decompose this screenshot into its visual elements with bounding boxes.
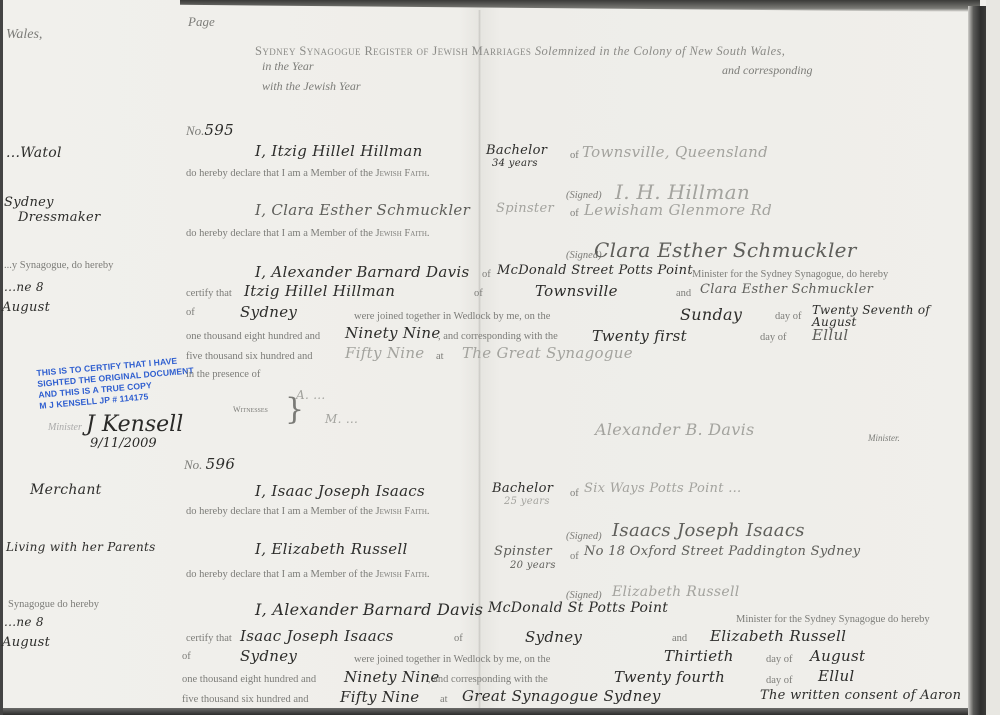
weekday: Thirtieth: [664, 647, 734, 665]
groom-condition: Bachelor: [486, 143, 547, 158]
party2: Elizabeth Russell: [710, 627, 846, 645]
party1-residence: Townsville: [535, 282, 618, 300]
groom-residence: Six Ways Potts Point ...: [584, 481, 742, 496]
groom-age: 34 years: [492, 158, 538, 169]
witness-1: A. ...: [296, 388, 326, 402]
place: The Great Synagogue: [462, 344, 633, 362]
five-thousand-label: five thousand six hundred and: [182, 694, 309, 705]
minister-name-text: Alexander Barnard Davis: [272, 600, 483, 619]
minister-address: McDonald Street Potts Point: [497, 263, 693, 278]
margin-hw-1: ...Watol: [6, 145, 62, 161]
party1: Itzig Hillel Hillman: [244, 282, 395, 300]
bride-name-text: Elizabeth Russell: [271, 540, 407, 558]
witnesses-label: Witnesses: [233, 405, 268, 414]
corresponding-label: , and corresponding with the: [438, 331, 558, 342]
groom-residence: Townsville, Queensland: [582, 143, 768, 161]
faith-text: Jewish Faith.: [376, 506, 430, 517]
jewish-day: Twenty first: [592, 327, 687, 345]
groom-signature: Isaacs Joseph Isaacs: [612, 520, 805, 541]
groom-age: 25 years: [504, 496, 550, 507]
joined-text: were joined together in Wedlock by me, o…: [354, 311, 550, 322]
margin-hw-3: Dressmaker: [18, 210, 101, 225]
consent-note: The written consent of Aaron: [760, 688, 961, 703]
record-number: No. 596: [184, 455, 235, 473]
groom-signed-label: (Signed): [566, 190, 602, 201]
margin-hw-6: Merchant: [30, 482, 102, 498]
prefix: I,: [255, 482, 266, 500]
faith-text: Jewish Faith.: [376, 569, 430, 580]
page-left-edge: [0, 0, 3, 715]
bride-signature: Elizabeth Russell: [612, 584, 740, 600]
weekday: Sunday: [680, 305, 742, 324]
prefix: I,: [255, 142, 266, 160]
groom-name-text: Isaac Joseph Isaacs: [271, 482, 425, 500]
party1-of: of: [474, 288, 483, 299]
of-label: of: [186, 307, 195, 318]
stamp-date: 9/11/2009: [90, 436, 157, 451]
and-corresponding: and corresponding: [722, 63, 813, 78]
bride-age: 20 years: [510, 560, 556, 571]
jewish-year: Fifty Nine: [340, 688, 420, 706]
bride-name: I, Elizabeth Russell: [255, 540, 408, 558]
party2: Clara Esther Schmuckler: [700, 282, 873, 297]
register-title-main: Sydney Synagogue Register of Jewish Marr…: [255, 44, 531, 58]
margin-hw-4: ...ne 8: [4, 280, 44, 294]
day-of-label: day of: [766, 654, 793, 665]
groom-name-text: Itzig Hillel Hillman: [271, 142, 422, 160]
register-title-italic: Solemnized in the Colony of New South Wa…: [535, 44, 785, 58]
margin-hw-5: August: [2, 300, 50, 315]
groom-signed-label: (Signed): [566, 531, 602, 542]
civil-date: Twenty Seventh of August: [812, 304, 962, 328]
bride-of: of: [570, 208, 579, 219]
bride-name-text: Clara Esther Schmuckler: [271, 201, 470, 219]
party2-residence: Sydney: [240, 647, 297, 665]
number-value: 595: [204, 121, 234, 139]
groom-of: of: [570, 150, 579, 161]
page-right-edge: [968, 6, 986, 715]
corresponding-label: , and corresponding with the: [428, 674, 548, 685]
scan-margin: [986, 0, 1000, 715]
bride-declaration: do hereby declare that I am a Member of …: [186, 228, 430, 239]
one-thousand-label: one thousand eight hundred and: [186, 331, 320, 342]
groom-declaration: do hereby declare that I am a Member of …: [186, 506, 430, 517]
declaration-text: do hereby declare that I am a Member of …: [186, 506, 373, 517]
groom-name: I, Isaac Joseph Isaacs: [255, 482, 425, 500]
day-of-label-2: day of: [766, 675, 793, 686]
number-label: No.: [184, 457, 202, 472]
bride-signature: Clara Esther Schmuckler: [594, 238, 857, 262]
margin-hw-8: ...ne 8: [4, 615, 44, 629]
margin-hw-7: Living with her Parents: [6, 540, 156, 554]
declaration-text: do hereby declare that I am a Member of …: [186, 569, 373, 580]
page-bottom-edge: [0, 708, 968, 715]
joined-text: were joined together in Wedlock by me, o…: [354, 654, 550, 665]
margin-wales: Wales,: [6, 27, 42, 43]
party2-residence: Sydney: [240, 303, 297, 321]
at-label: at: [436, 351, 444, 362]
minister-for: Minister for the Sydney Synagogue do her…: [736, 614, 930, 625]
stamp-signature: J Kensell: [86, 412, 183, 437]
jewish-year: Fifty Nine: [345, 344, 425, 362]
day-of-label-2: day of: [760, 332, 787, 343]
jewish-month: Ellul: [818, 667, 855, 685]
civil-year: Ninety Nine: [345, 324, 441, 342]
groom-of: of: [570, 488, 579, 499]
prefix: I,: [255, 540, 266, 558]
declaration-text: do hereby declare that I am a Member of …: [186, 168, 373, 179]
number-value: 596: [206, 455, 236, 473]
prefix: I,: [255, 600, 267, 619]
party1: Isaac Joseph Isaacs: [240, 627, 394, 645]
party1-residence: Sydney: [525, 628, 582, 646]
minister-label: Minister.: [868, 433, 900, 443]
bride-condition: Spinster: [496, 201, 554, 216]
minister-signature: Alexander B. Davis: [595, 420, 755, 439]
and-label: and: [672, 633, 687, 644]
minister-of: of: [482, 269, 491, 280]
prefix: I,: [255, 263, 266, 281]
with-jewish-year: with the Jewish Year: [262, 79, 361, 94]
bride-residence: No 18 Oxford Street Paddington Sydney: [584, 544, 860, 559]
margin-hw-9: August: [2, 635, 50, 650]
groom-condition: Bachelor: [492, 481, 553, 496]
civil-year: Ninety Nine: [344, 668, 440, 686]
civil-date: August: [810, 647, 865, 665]
record-number: No.595: [186, 121, 234, 139]
certify-that: certify that: [186, 288, 232, 299]
in-the-year: in the Year: [262, 59, 314, 74]
witness-2: M. ...: [325, 412, 358, 426]
of-label: of: [182, 651, 191, 662]
bride-declaration: do hereby declare that I am a Member of …: [186, 569, 430, 580]
faith-text: Jewish Faith.: [376, 168, 430, 179]
margin-hw-2: Sydney: [4, 195, 54, 210]
at-label: at: [440, 694, 448, 705]
and-label: and: [676, 288, 691, 299]
prefix: I,: [255, 201, 266, 219]
minister-name: I, Alexander Barnard Davis: [255, 263, 469, 281]
bride-of: of: [570, 551, 579, 562]
groom-declaration: do hereby declare that I am a Member of …: [186, 168, 430, 179]
minister-name-text: Alexander Barnard Davis: [271, 263, 469, 281]
minister-name: I, Alexander Barnard Davis: [255, 600, 483, 619]
bride-name: I, Clara Esther Schmuckler: [255, 201, 470, 219]
register-title: Sydney Synagogue Register of Jewish Marr…: [255, 44, 785, 59]
five-thousand-label: five thousand six hundred and: [186, 351, 313, 362]
jewish-day: Twenty fourth: [614, 668, 725, 686]
one-thousand-label: one thousand eight hundred and: [182, 674, 316, 685]
declaration-text: do hereby declare that I am a Member of …: [186, 228, 373, 239]
groom-name: I, Itzig Hillel Hillman: [255, 142, 423, 160]
minister-for: Minister for the Sydney Synagogue, do he…: [692, 269, 888, 280]
faith-text: Jewish Faith.: [376, 228, 430, 239]
minister-address: McDonald St Potts Point: [488, 600, 668, 616]
place: Great Synagogue Sydney: [462, 687, 661, 705]
presence-label: in the presence of: [186, 369, 260, 380]
day-of-label: day of: [775, 311, 802, 322]
party1-of: of: [454, 633, 463, 644]
bride-condition: Spinster: [494, 544, 552, 559]
bride-residence: Lewisham Glenmore Rd: [584, 201, 772, 219]
jewish-month: Ellul: [812, 326, 849, 344]
page-label: Page: [188, 14, 215, 30]
number-label: No.: [186, 123, 204, 138]
margin-print-1: ...y Synagogue, do hereby: [4, 260, 113, 271]
certify-that: certify that: [186, 633, 232, 644]
margin-print-2: Synagogue do hereby: [8, 599, 99, 610]
margin-minister-label: Minister: [48, 422, 82, 433]
